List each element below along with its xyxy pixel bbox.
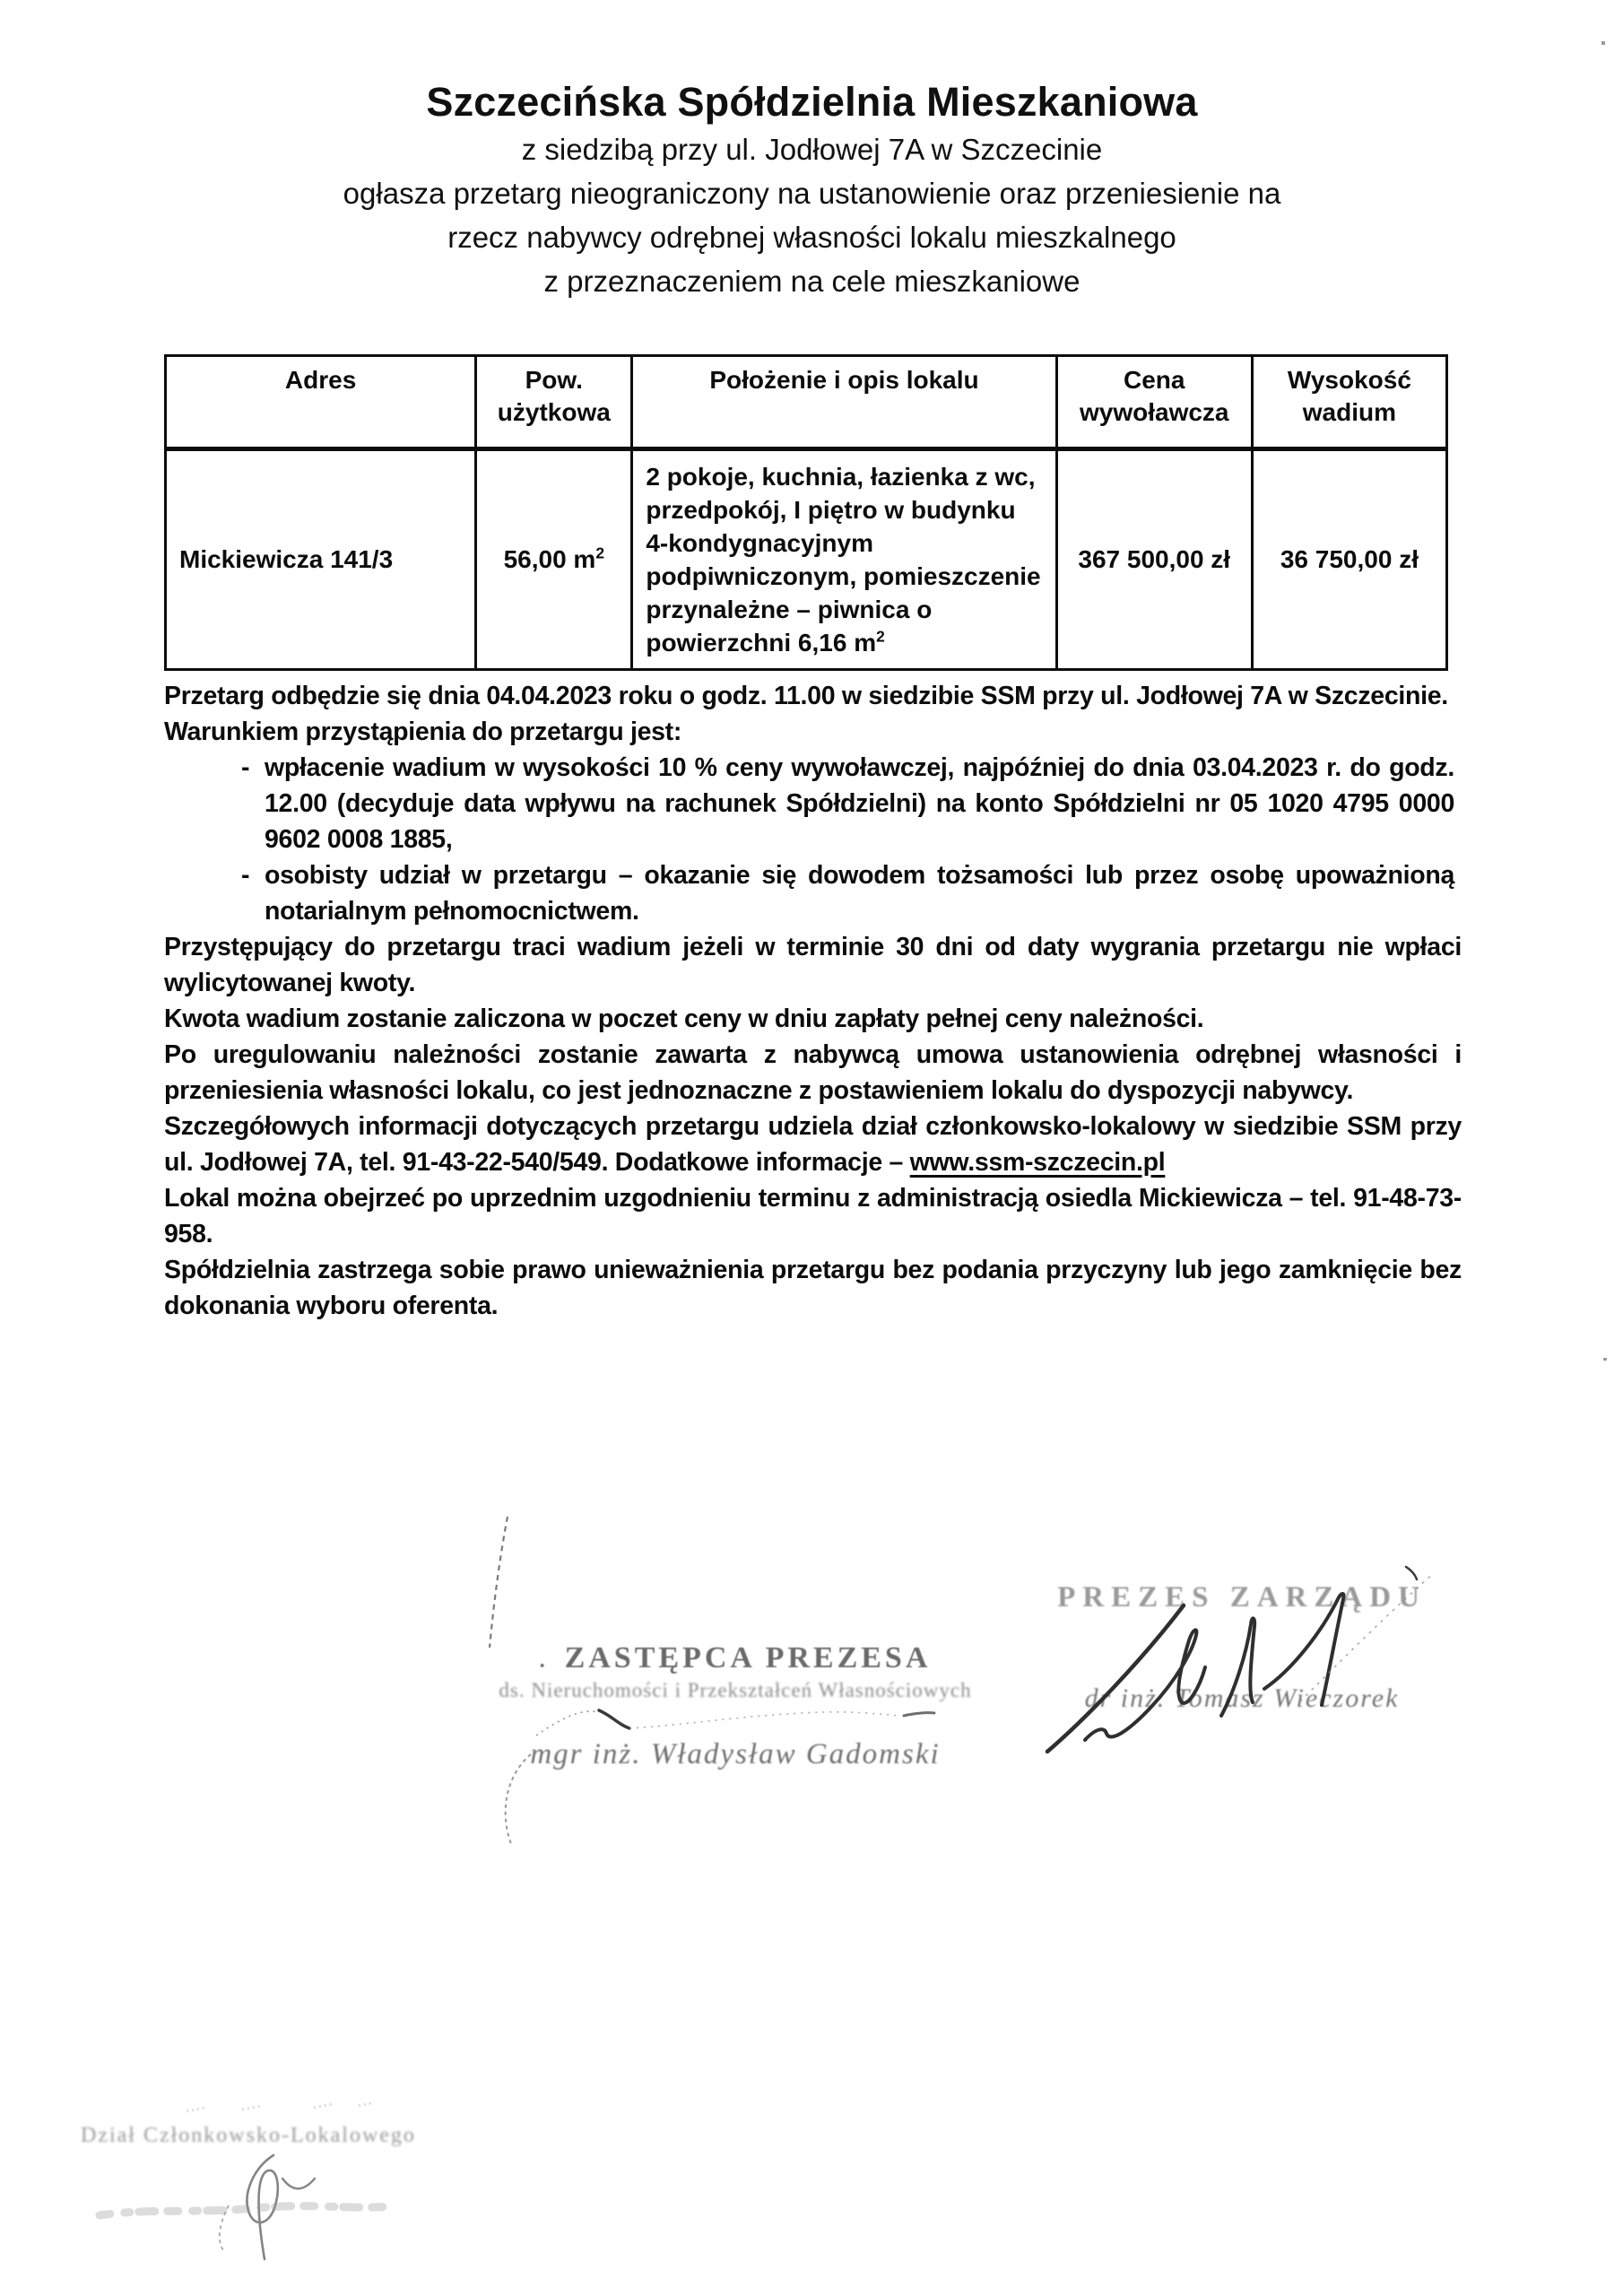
paragraph-auction-date: Przetarg odbędzie się dnia 04.04.2023 ro… bbox=[164, 678, 1462, 714]
header-address-line: z siedzibą przy ul. Jodłowej 7A w Szczec… bbox=[163, 127, 1461, 171]
stamp-title-zastepca-prezesa: .ZASTĘPCA PREZESA bbox=[448, 1641, 1022, 1675]
signature-block-president: PREZES ZARZĄDU dr inż. Tomasz Wieczorek bbox=[1031, 1556, 1453, 1789]
table-header-row: Adres Pow. użytkowa Położenie i opis lok… bbox=[166, 356, 1447, 449]
faint-marks-row bbox=[179, 2099, 377, 2118]
table-row: Mickiewicza 141/3 56,00 m2 2 pokoje, kuc… bbox=[166, 449, 1447, 670]
col-header-polozenie-opis: Położenie i opis lokalu bbox=[632, 356, 1056, 449]
header-announcement-line-1: ogłasza przetarg nieograniczony na ustan… bbox=[163, 171, 1461, 215]
footer-stamp-text: Dział Członkowsko-Lokalowego bbox=[81, 2124, 416, 2148]
scan-speck bbox=[1603, 1358, 1607, 1361]
paragraph-conditions-intro: Warunkiem przystąpienia do przetargu jes… bbox=[164, 714, 1462, 750]
cell-opis-lokalu: 2 pokoje, kuchnia, łazienka z wc, przedp… bbox=[632, 449, 1056, 670]
stamp-title-text: ZASTĘPCA PREZESA bbox=[565, 1641, 932, 1674]
paragraph-viewing-info: Lokal można obejrzeć po uprzednim uzgodn… bbox=[164, 1180, 1462, 1252]
list-item-udzial: -osobisty udział w przetargu – okazanie … bbox=[164, 857, 1462, 929]
list-item-wadium-text: wpłacenie wadium w wysokości 10 % ceny w… bbox=[265, 753, 1454, 854]
opis-text: 2 pokoje, kuchnia, łazienka z wc, przedp… bbox=[646, 463, 1040, 657]
paragraph-ownership-transfer: Po uregulowaniu należności zostanie zawa… bbox=[164, 1037, 1462, 1109]
col-header-wysokosc-wadium: Wysokość wadium bbox=[1252, 356, 1446, 449]
handwritten-flourish bbox=[529, 1700, 950, 1743]
paragraph-contact-info: Szczegółowych informacji dotyczących prz… bbox=[164, 1109, 1462, 1180]
bullet-dash: - bbox=[241, 750, 249, 786]
pow-value: 56,00 m bbox=[504, 545, 596, 573]
pen-stroke-mark bbox=[484, 1511, 515, 1655]
stray-dot-mark: . bbox=[540, 1649, 545, 1673]
faint-illegible-line bbox=[94, 2197, 399, 2224]
cell-adres: Mickiewicza 141/3 bbox=[166, 449, 476, 670]
scanned-auction-notice-page: Szczecińska Spółdzielnia Mieszkaniowa z … bbox=[0, 0, 1623, 2296]
cell-wysokosc-wadium: 36 750,00 zł bbox=[1252, 449, 1446, 670]
notice-body-text: Przetarg odbędzie się dnia 04.04.2023 ro… bbox=[164, 678, 1462, 1324]
page-title: Szczecińska Spółdzielnia Mieszkaniowa bbox=[163, 77, 1461, 127]
signature-descender-loop bbox=[491, 1747, 540, 1850]
handwritten-signature bbox=[1031, 1556, 1453, 1767]
document-header: Szczecińska Spółdzielnia Mieszkaniowa z … bbox=[163, 77, 1461, 303]
list-item-wadium: -wpłacenie wadium w wysokości 10 % ceny … bbox=[164, 750, 1462, 857]
contact-info-text: Szczegółowych informacji dotyczących prz… bbox=[164, 1112, 1462, 1177]
opis-superscript: 2 bbox=[876, 628, 885, 646]
list-item-udzial-text: osobisty udział w przetargu – okazanie s… bbox=[265, 861, 1454, 926]
cell-pow-uzytkowa: 56,00 m2 bbox=[476, 449, 632, 670]
website-link[interactable]: www.ssm-szczecin.pl bbox=[910, 1148, 1166, 1177]
header-announcement-line-3: z przeznaczeniem na cele mieszkaniowe bbox=[163, 259, 1461, 303]
paragraph-cancellation-right: Spółdzielnia zastrzega sobie prawo uniew… bbox=[164, 1252, 1462, 1324]
cell-cena-wywolawcza: 367 500,00 zł bbox=[1056, 449, 1252, 670]
bullet-dash: - bbox=[241, 857, 249, 893]
header-announcement-line-2: rzecz nabywcy odrębnej własności lokalu … bbox=[163, 215, 1461, 259]
paragraph-wadium-credit: Kwota wadium zostanie zaliczona w poczet… bbox=[164, 1001, 1462, 1037]
pow-superscript: 2 bbox=[595, 544, 604, 562]
signature-block-deputy-president: .ZASTĘPCA PREZESA ds. Nieruchomości i Pr… bbox=[448, 1507, 1022, 1865]
col-header-adres: Adres bbox=[166, 356, 476, 449]
lot-table-wrapper: Adres Pow. użytkowa Położenie i opis lok… bbox=[164, 354, 1448, 671]
scan-speck bbox=[1601, 41, 1605, 45]
lot-table: Adres Pow. użytkowa Położenie i opis lok… bbox=[164, 354, 1448, 671]
col-header-pow-uzytkowa: Pow. użytkowa bbox=[476, 356, 632, 449]
paragraph-wadium-loss: Przystępujący do przetargu traci wadium … bbox=[164, 929, 1462, 1001]
col-header-cena-wywolawcza: Cena wywoławcza bbox=[1056, 356, 1252, 449]
footer-department-stamp: Dział Członkowsko-Lokalowego bbox=[45, 2099, 430, 2269]
